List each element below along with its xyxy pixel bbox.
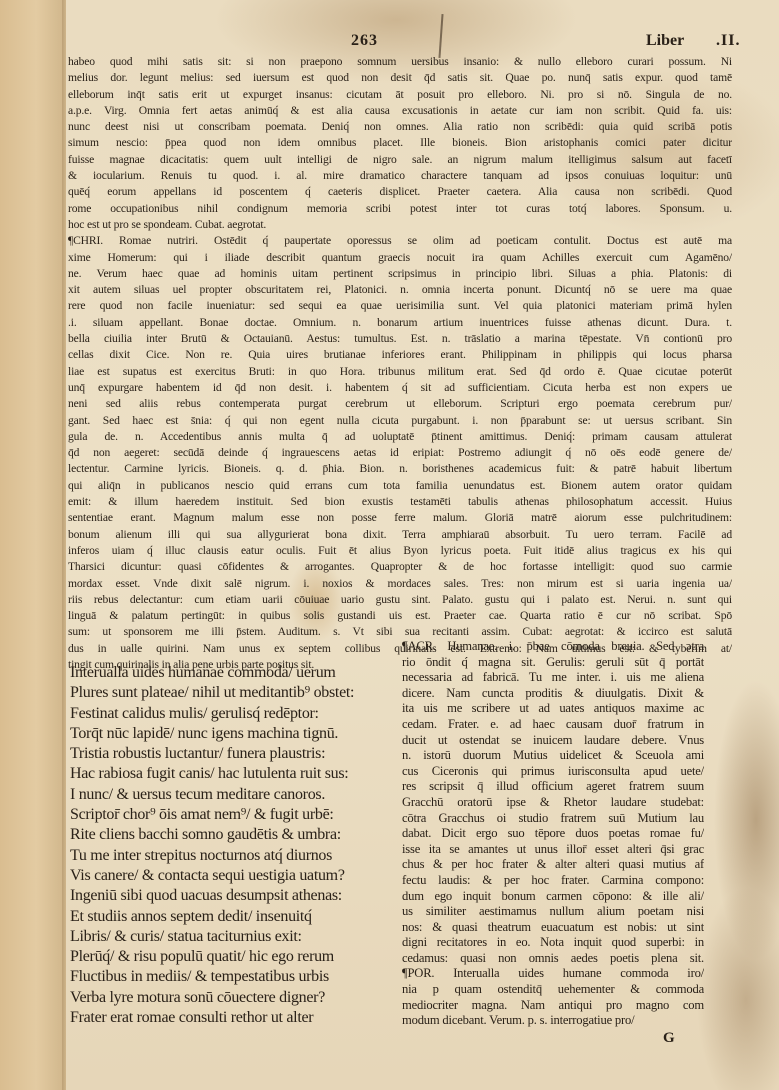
verse-line: Festinat calidus mulis/ gerulisq́ redēp… <box>70 704 410 724</box>
verse-line: Torq̄t nūc lapidē/ nunc igens machina … <box>70 724 410 744</box>
commentary-line: q̄d non aegeret: secūdā deinde q́ ingr… <box>68 445 732 461</box>
commentary-line: modum dicebant. Verum. p. s. interrogati… <box>402 1013 704 1029</box>
commentary-line: quēq́ eorum appellans id poscentem q́ c… <box>68 184 732 200</box>
commentary-line: unq̄ expurgare habentem id q̄d non desit… <box>68 380 732 396</box>
commentary-line: hoc est ut pro se spondeam. Cubat. aegro… <box>68 217 732 233</box>
verse-line: Verba lyre motura sonū cōuectere digne… <box>70 988 410 1008</box>
commentary-line: qui aliq̄n in publicanos nescio quid err… <box>68 478 732 494</box>
commentary-line: ita uis me scribere ut ad uates antiquos… <box>402 701 704 717</box>
book-gutter-margin <box>0 0 66 1090</box>
commentary-line: .i. siluam appellant. Bonae doctae. Omni… <box>68 315 732 331</box>
verse-line: Rite cliens bacchi somno gaudētis & umb… <box>70 825 410 845</box>
commentary-line: ne. Verum haec quae ad hominis uitam per… <box>68 266 732 282</box>
verse-line: Tu me inter strepitus nocturnos atq́ diu… <box>70 846 410 866</box>
commentary-line: cus Ciceronis qui primus iurisconsulta a… <box>402 764 704 780</box>
commentary-line: cedam. Frater. e. ad haec causam duor̄ f… <box>402 717 704 733</box>
commentary-line: dum ego inquit bonum carmen cōpono: & i… <box>402 889 704 905</box>
commentary-line: cedamus: quasi non omnis aedes poetis pl… <box>402 951 704 967</box>
verse-line: Plures sunt plateae/ nihil ut meditantib… <box>70 683 410 703</box>
commentary-block-right: ¶ACR. Humanae. i. p̄bae cōmoda breuia. … <box>402 639 704 1029</box>
commentary-line: simum nescio: p̄pea quod non idem omnibu… <box>68 135 732 151</box>
commentary-line: riis rebus delectantur: cum etiam uarii … <box>68 592 732 608</box>
commentary-line-acr-lemma: ¶ACR. Humanae. i. p̄bae cōmoda breuia. … <box>402 639 704 655</box>
commentary-line: inferos uiam q́ illuc clausis eatur ocul… <box>68 543 732 559</box>
verse-line: Vis canere/ & contacta sequi uestigia ua… <box>70 866 410 886</box>
commentary-line: gant. Sed haec est s̄nia: q́ qui non ege… <box>68 413 732 429</box>
printed-page: 263 Liber .II. habeo quod mihi satis sit… <box>66 0 779 1090</box>
commentary-line: cellas dixit Cice. Non re. Quia uires br… <box>68 347 732 363</box>
commentary-line: nia p quam ostenditq̄ uehementer & commo… <box>402 982 704 998</box>
commentary-line: & iocularium. Renuis tu quod. i. al. mir… <box>68 168 732 184</box>
commentary-line: melius dor. legunt melius: sed iuersum e… <box>68 70 732 86</box>
commentary-line: res scripsit q̄ illud officium ageret fr… <box>402 779 704 795</box>
running-head: 263 Liber .II. <box>66 24 779 48</box>
verse-line: Et studiis annos septem dedit/ insenuitq… <box>70 907 410 927</box>
commentary-line: dabat. Dicit ergo suo tēpore duos poeta… <box>402 826 704 842</box>
commentary-line: xit autem siluas uel propter obscuritate… <box>68 282 732 298</box>
verse-line: Libris/ & curis/ statua taciturnius exit… <box>70 927 410 947</box>
commentary-block-top: habeo quod mihi satis sit: si non praepo… <box>68 54 732 673</box>
verse-line: Scriptor̄ chor⁹ ōis amat nem⁹/ & fugit … <box>70 805 410 825</box>
verse-line: Interualla uides humanae commoda/ uerum <box>70 663 410 683</box>
commentary-line: isse ita se amantes ut unus illor̄ esset… <box>402 842 704 858</box>
commentary-line: emit: & illum haeredem instituit. Sed bi… <box>68 494 732 510</box>
verse-line: Frater erat romae consulti rethor ut alt… <box>70 1008 410 1028</box>
verse-line: Fluctibus in mediis/ & tempestatibus urb… <box>70 967 410 987</box>
commentary-line: mordax esset. Vnde dixit salē nigrum. i… <box>68 576 732 592</box>
commentary-line: neni sed aliis rebus contemperata purgat… <box>68 396 732 412</box>
verse-line: Plerūq́/ & risu populū quatit/ hic ego… <box>70 947 410 967</box>
commentary-line: Tharsici dicuntur: quasi cōfidentes & a… <box>68 559 732 575</box>
book-number: .II. <box>716 32 740 50</box>
commentary-line: digni recitatores in eo. Nota inquit quo… <box>402 935 704 951</box>
verse-text-column: Interualla uides humanae commoda/ uerum … <box>70 663 410 1028</box>
verse-line: Hac rabiosa fugit canis/ hac lutulenta r… <box>70 764 410 784</box>
commentary-line: xime Homerum: qui i iliade describit qua… <box>68 250 732 266</box>
commentary-line: mediocriter magna. Nam antiqui pro magno… <box>402 998 704 1014</box>
commentary-line: liae est supatus est exercitus Bruti: in… <box>68 364 732 380</box>
commentary-line: a.p.e. Virg. Omnia fert aetas animūq́ &… <box>68 103 732 119</box>
commentary-line: linguā & palatum pertingūt: in quibus … <box>68 608 732 624</box>
commentary-line: dicere. Nam cuncta proditis & diuulgatis… <box>402 686 704 702</box>
commentary-line: lectentur. Carmine lyricis. Bioneis. q. … <box>68 461 732 477</box>
commentary-line: bella ciuilia inter Brutū & Octauianū.… <box>68 331 732 347</box>
commentary-line: ducit ut ostendat se inuicem laudare deb… <box>402 733 704 749</box>
commentary-line-por-lemma: ¶POR. Interualla uides humane commoda ir… <box>402 966 704 982</box>
commentary-line: cōtra Gracchus oi studio fratrem suū M… <box>402 811 704 827</box>
commentary-line: Gracchū oratorū ipse & Rhetor laudare … <box>402 795 704 811</box>
commentary-line-chri-lemma: ¶CHRI. Romae nutriri. Ostēdit q́ pauper… <box>68 233 732 249</box>
commentary-line: nunc deest nisi ut conscribam poemata. D… <box>68 119 732 135</box>
commentary-line: elleborum inq̄t satis erit ut expurget i… <box>68 87 732 103</box>
commentary-line: necessaria ad fabricā. Tu me inter. i. … <box>402 670 704 686</box>
commentary-line: sententiae erant. Magnum malum esse non … <box>68 510 732 526</box>
signature-mark: G <box>663 1030 675 1047</box>
commentary-line: rere quod non facile inueniatur: sed seq… <box>68 298 732 314</box>
commentary-line: gula de. n. Accedentibus annis multa q̄ … <box>68 429 732 445</box>
commentary-line: n. istorū duorum Mutius uidelicet & Sce… <box>402 748 704 764</box>
verse-line: Ingeniū sibi quod uacuas desumpsit athe… <box>70 886 410 906</box>
commentary-line: chus & per hoc frater & alter alteri qua… <box>402 857 704 873</box>
commentary-line: us similiter aestimamus nullum alium poe… <box>402 904 704 920</box>
commentary-line: bonum alienum illi qui sua allygurierat … <box>68 527 732 543</box>
verse-line: I nunc/ & uersus tecum meditare canoros. <box>70 785 410 805</box>
commentary-line: rio ōndit q́ magna sit. Gerulis: geruli… <box>402 655 704 671</box>
commentary-line: nos: & quasi theatrum euacuatum est nobi… <box>402 920 704 936</box>
commentary-line: fuisse magnae dicacitatis: quem uult int… <box>68 152 732 168</box>
folio-number: 263 <box>351 32 378 50</box>
commentary-line: rome occupationibus nihil condignum memo… <box>68 201 732 217</box>
running-head-label: Liber <box>646 32 684 50</box>
commentary-line: fectu laudis: & per hoc frater. Carmina … <box>402 873 704 889</box>
verse-line: Tristia robustis luctantur/ funera plaus… <box>70 744 410 764</box>
commentary-line: habeo quod mihi satis sit: si non praepo… <box>68 54 732 70</box>
